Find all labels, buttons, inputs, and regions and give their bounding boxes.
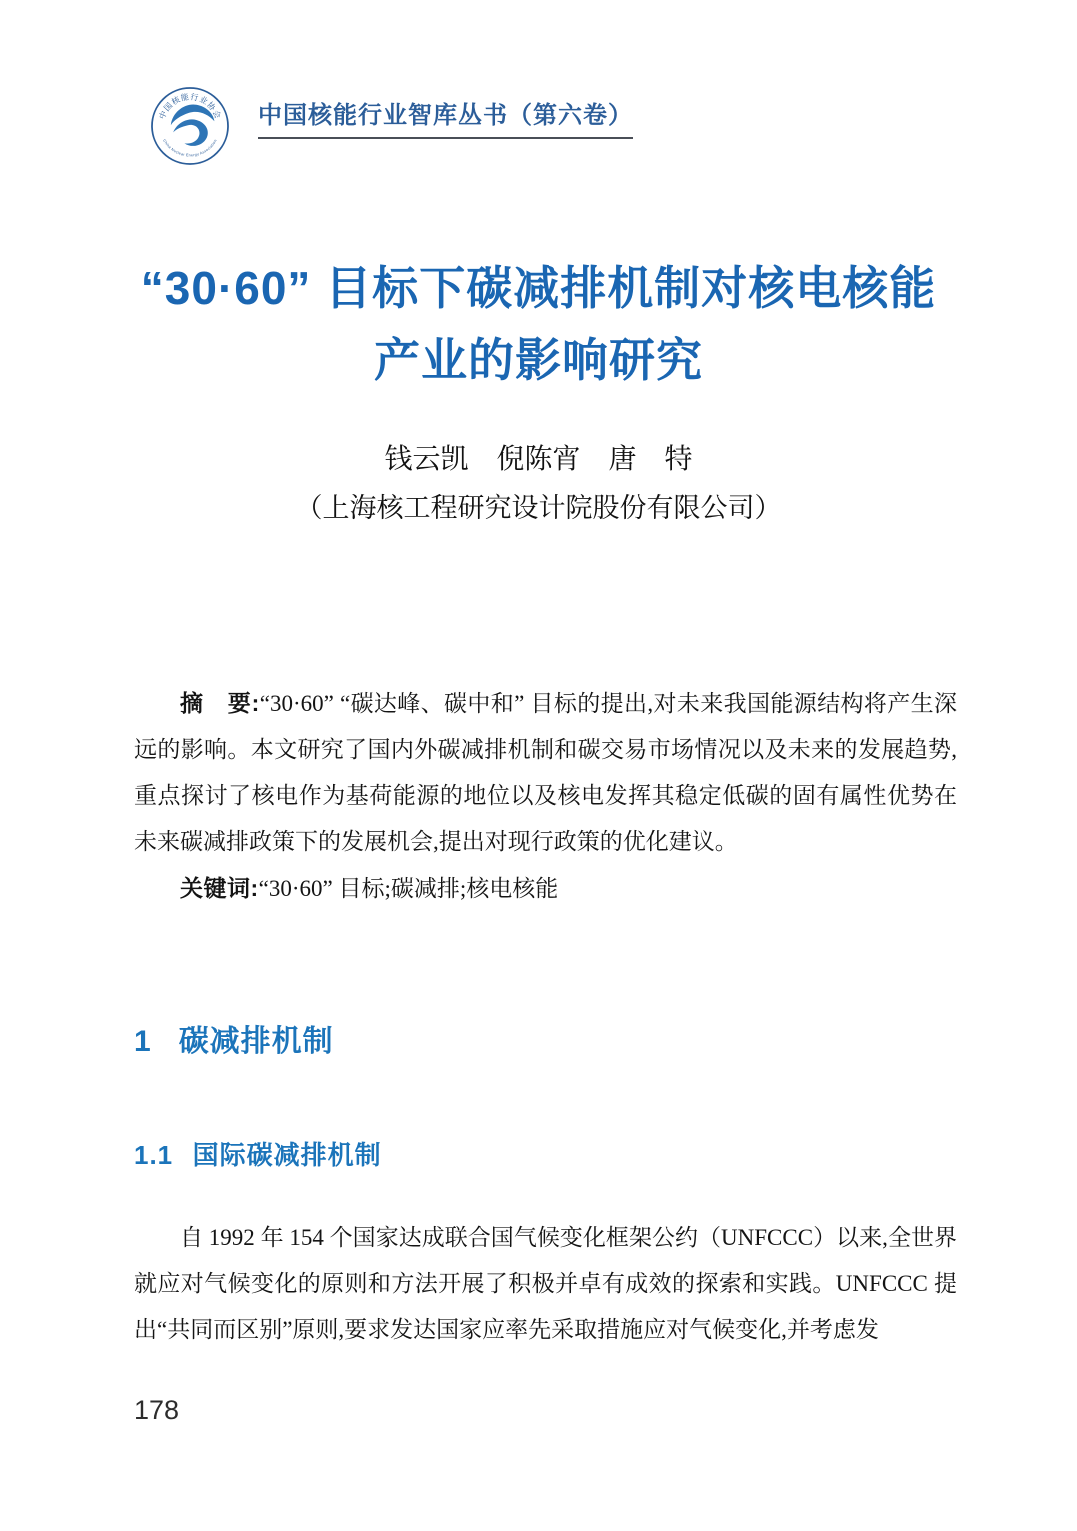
article-title-line-2: 产业的影响研究 xyxy=(0,324,1077,396)
abstract-label: 摘 要: xyxy=(180,690,260,716)
abstract-paragraph: 摘 要:“30·60” “碳达峰、碳中和” 目标的提出,对未来我国能源结构将产生… xyxy=(134,680,957,865)
authors: 钱云凯 倪陈宵 唐 特 xyxy=(0,440,1077,480)
affiliation: （上海核工程研究设计院股份有限公司） xyxy=(0,488,1077,528)
section-heading-1: 1碳减排机制 xyxy=(134,1024,334,1060)
article-title: “30·60” 目标下碳减排机制对核电核能 产业的影响研究 xyxy=(0,252,1077,396)
subsection-heading-1-1: 1.1国际碳减排机制 xyxy=(134,1139,382,1171)
cnea-logo-icon: 中国核能行业协会 China Nuclear Energy Associatio… xyxy=(150,86,230,166)
subsection-number: 1.1 xyxy=(134,1140,173,1170)
section-number: 1 xyxy=(134,1025,152,1058)
article-title-line-1: “30·60” 目标下碳减排机制对核电核能 xyxy=(0,252,1077,324)
subsection-title: 国际碳减排机制 xyxy=(193,1140,382,1170)
abstract-block: 摘 要:“30·60” “碳达峰、碳中和” 目标的提出,对未来我国能源结构将产生… xyxy=(134,680,957,912)
section-title: 碳减排机制 xyxy=(179,1025,334,1058)
page-number: 178 xyxy=(134,1394,179,1426)
keywords-text: “30·60” 目标;碳减排;核电核能 xyxy=(259,876,559,901)
keywords-line: 关键词:“30·60” 目标;碳减排;核电核能 xyxy=(134,865,957,912)
keywords-label: 关键词: xyxy=(180,875,259,901)
series-title: 中国核能行业智库丛书（第六卷） xyxy=(258,104,633,139)
series-header: 中国核能行业协会 China Nuclear Energy Associatio… xyxy=(150,86,633,166)
document-page: 中国核能行业协会 China Nuclear Energy Associatio… xyxy=(0,0,1077,1531)
body-paragraph: 自 1992 年 154 个国家达成联合国气候变化框架公约（UNFCCC）以来,… xyxy=(134,1215,957,1353)
